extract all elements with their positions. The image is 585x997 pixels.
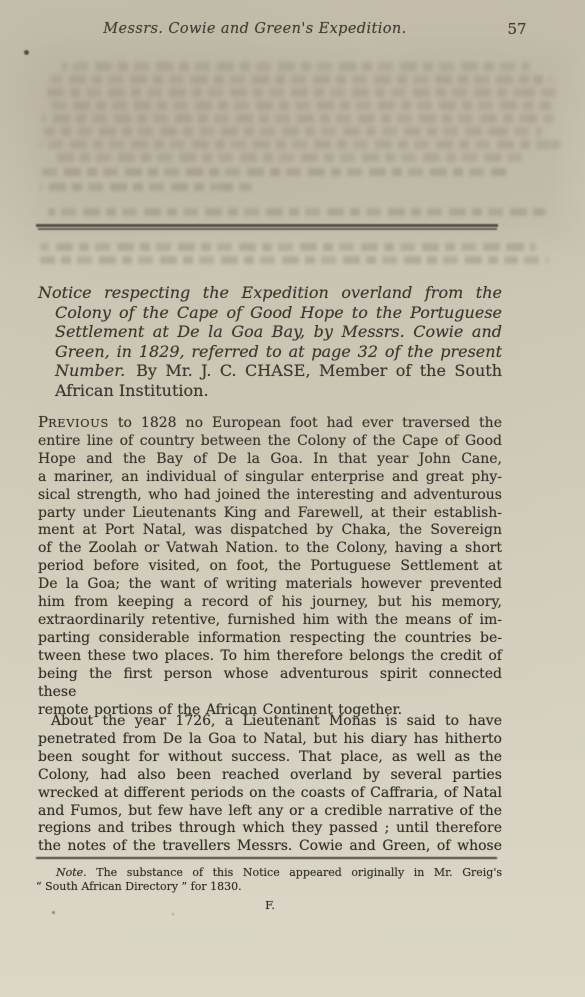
text-line: extraordinarily retentive, furnished him…	[38, 612, 502, 630]
text-line: entire line of country between the Colon…	[38, 433, 502, 451]
page-number: 57	[500, 20, 534, 38]
text-line: parting considerable information respect…	[38, 630, 502, 648]
text-line: being the first person whose adventurous…	[38, 666, 502, 702]
paragraph-previous: PREVIOUS to 1828 no European foot had ev…	[38, 414, 502, 719]
footnote-label: Note.	[56, 866, 87, 879]
text-line: About the year 1726, a Lieutenant Monas …	[38, 713, 502, 731]
heading-line-5: Number.By Mr. J. C. CHASE, Member of the…	[55, 361, 502, 381]
show-through-line	[62, 62, 530, 71]
separator-double-rule	[36, 224, 498, 231]
paragraph-lines: entire line of country between the Colon…	[38, 433, 502, 720]
heading-byline: By Mr. J. C. CHASE, Member of the South	[136, 361, 502, 380]
show-through-line	[48, 208, 546, 216]
text-line: Settlement at De la Goa Bay, by Messrs. …	[55, 322, 502, 342]
show-through-line	[40, 140, 560, 149]
text-line: Hope and the Bay of De la Goa. In that y…	[38, 451, 502, 469]
text-line: of the Zoolah or Vatwah Nation. to the C…	[38, 540, 502, 558]
footnote-line-1: Note. The substance of this Notice appea…	[36, 866, 502, 880]
footnote-text: The substance of this Notice appeared or…	[96, 866, 502, 879]
ink-speck	[24, 50, 29, 55]
paragraph-about-1726: About the year 1726, a Lieutenant Monas …	[38, 713, 502, 856]
first-line-text: to 1828 no European foot had ever traver…	[109, 415, 502, 431]
heading-italic-lines: Notice respecting the Expedition overlan…	[38, 283, 502, 361]
signature-mark: F.	[38, 898, 502, 912]
text-line: Notice respecting the Expedition overlan…	[38, 283, 502, 303]
show-through-line	[40, 168, 510, 176]
show-through-line	[56, 153, 528, 162]
text-line: De la Goa; the want of writing materials…	[38, 576, 502, 594]
running-header: Messrs. Cowie and Green's Expedition.	[30, 21, 480, 37]
footnote: Note. The substance of this Notice appea…	[36, 866, 502, 893]
footnote-line-2: “ South African Directory ” for 1830.	[36, 880, 502, 894]
heading-number-word: Number.	[55, 361, 125, 380]
show-through-line	[40, 256, 548, 264]
text-line: him from keeping a record of his journey…	[38, 594, 502, 612]
footnote-rule	[36, 857, 497, 859]
text-line: PREVIOUS to 1828 no European foot had ev…	[38, 414, 502, 433]
text-line: tween these two places. To him therefore…	[38, 648, 502, 666]
show-through-line	[44, 127, 542, 136]
lead-capital: P	[38, 413, 48, 431]
heading-line-6: African Institution.	[55, 381, 502, 401]
show-through-line	[42, 114, 554, 123]
text-line: ment at Port Natal, was dispatched by Ch…	[38, 522, 502, 540]
paragraph-lines: About the year 1726, a Lieutenant Monas …	[38, 713, 502, 856]
text-line: Green, in 1829, referred to at page 32 o…	[55, 342, 502, 362]
text-line: penetrated from De la Goa to Natal, but …	[38, 731, 502, 749]
ink-speck	[172, 913, 174, 915]
scanned-page: Messrs. Cowie and Green's Expedition. 57…	[0, 0, 585, 997]
text-line: a mariner, an individual of singular ent…	[38, 469, 502, 487]
show-through-line	[46, 101, 552, 110]
show-through-line	[40, 243, 536, 251]
text-line: regions and tribes through which they pa…	[38, 820, 502, 838]
show-through-line	[50, 75, 552, 84]
text-line: been sought for without success. That pl…	[38, 749, 502, 767]
lead-smallcaps: REVIOUS	[48, 417, 109, 430]
text-line: sical strength, who had joined the inter…	[38, 487, 502, 505]
text-line: Colony, had also been reached overland b…	[38, 767, 502, 785]
text-line: the notes of the travellers Messrs. Cowi…	[38, 838, 502, 856]
text-line: and Fumos, but few have left any or a cr…	[38, 803, 502, 821]
article-heading: Notice respecting the Expedition overlan…	[38, 283, 502, 401]
text-line: party under Lieutenants King and Farewel…	[38, 505, 502, 523]
show-through-line	[40, 183, 252, 191]
show-through-line	[42, 88, 558, 97]
text-line: wrecked at different periods on the coas…	[38, 785, 502, 803]
text-line: period before visited, on foot, the Port…	[38, 558, 502, 576]
text-line: Colony of the Cape of Good Hope to the P…	[55, 303, 502, 323]
